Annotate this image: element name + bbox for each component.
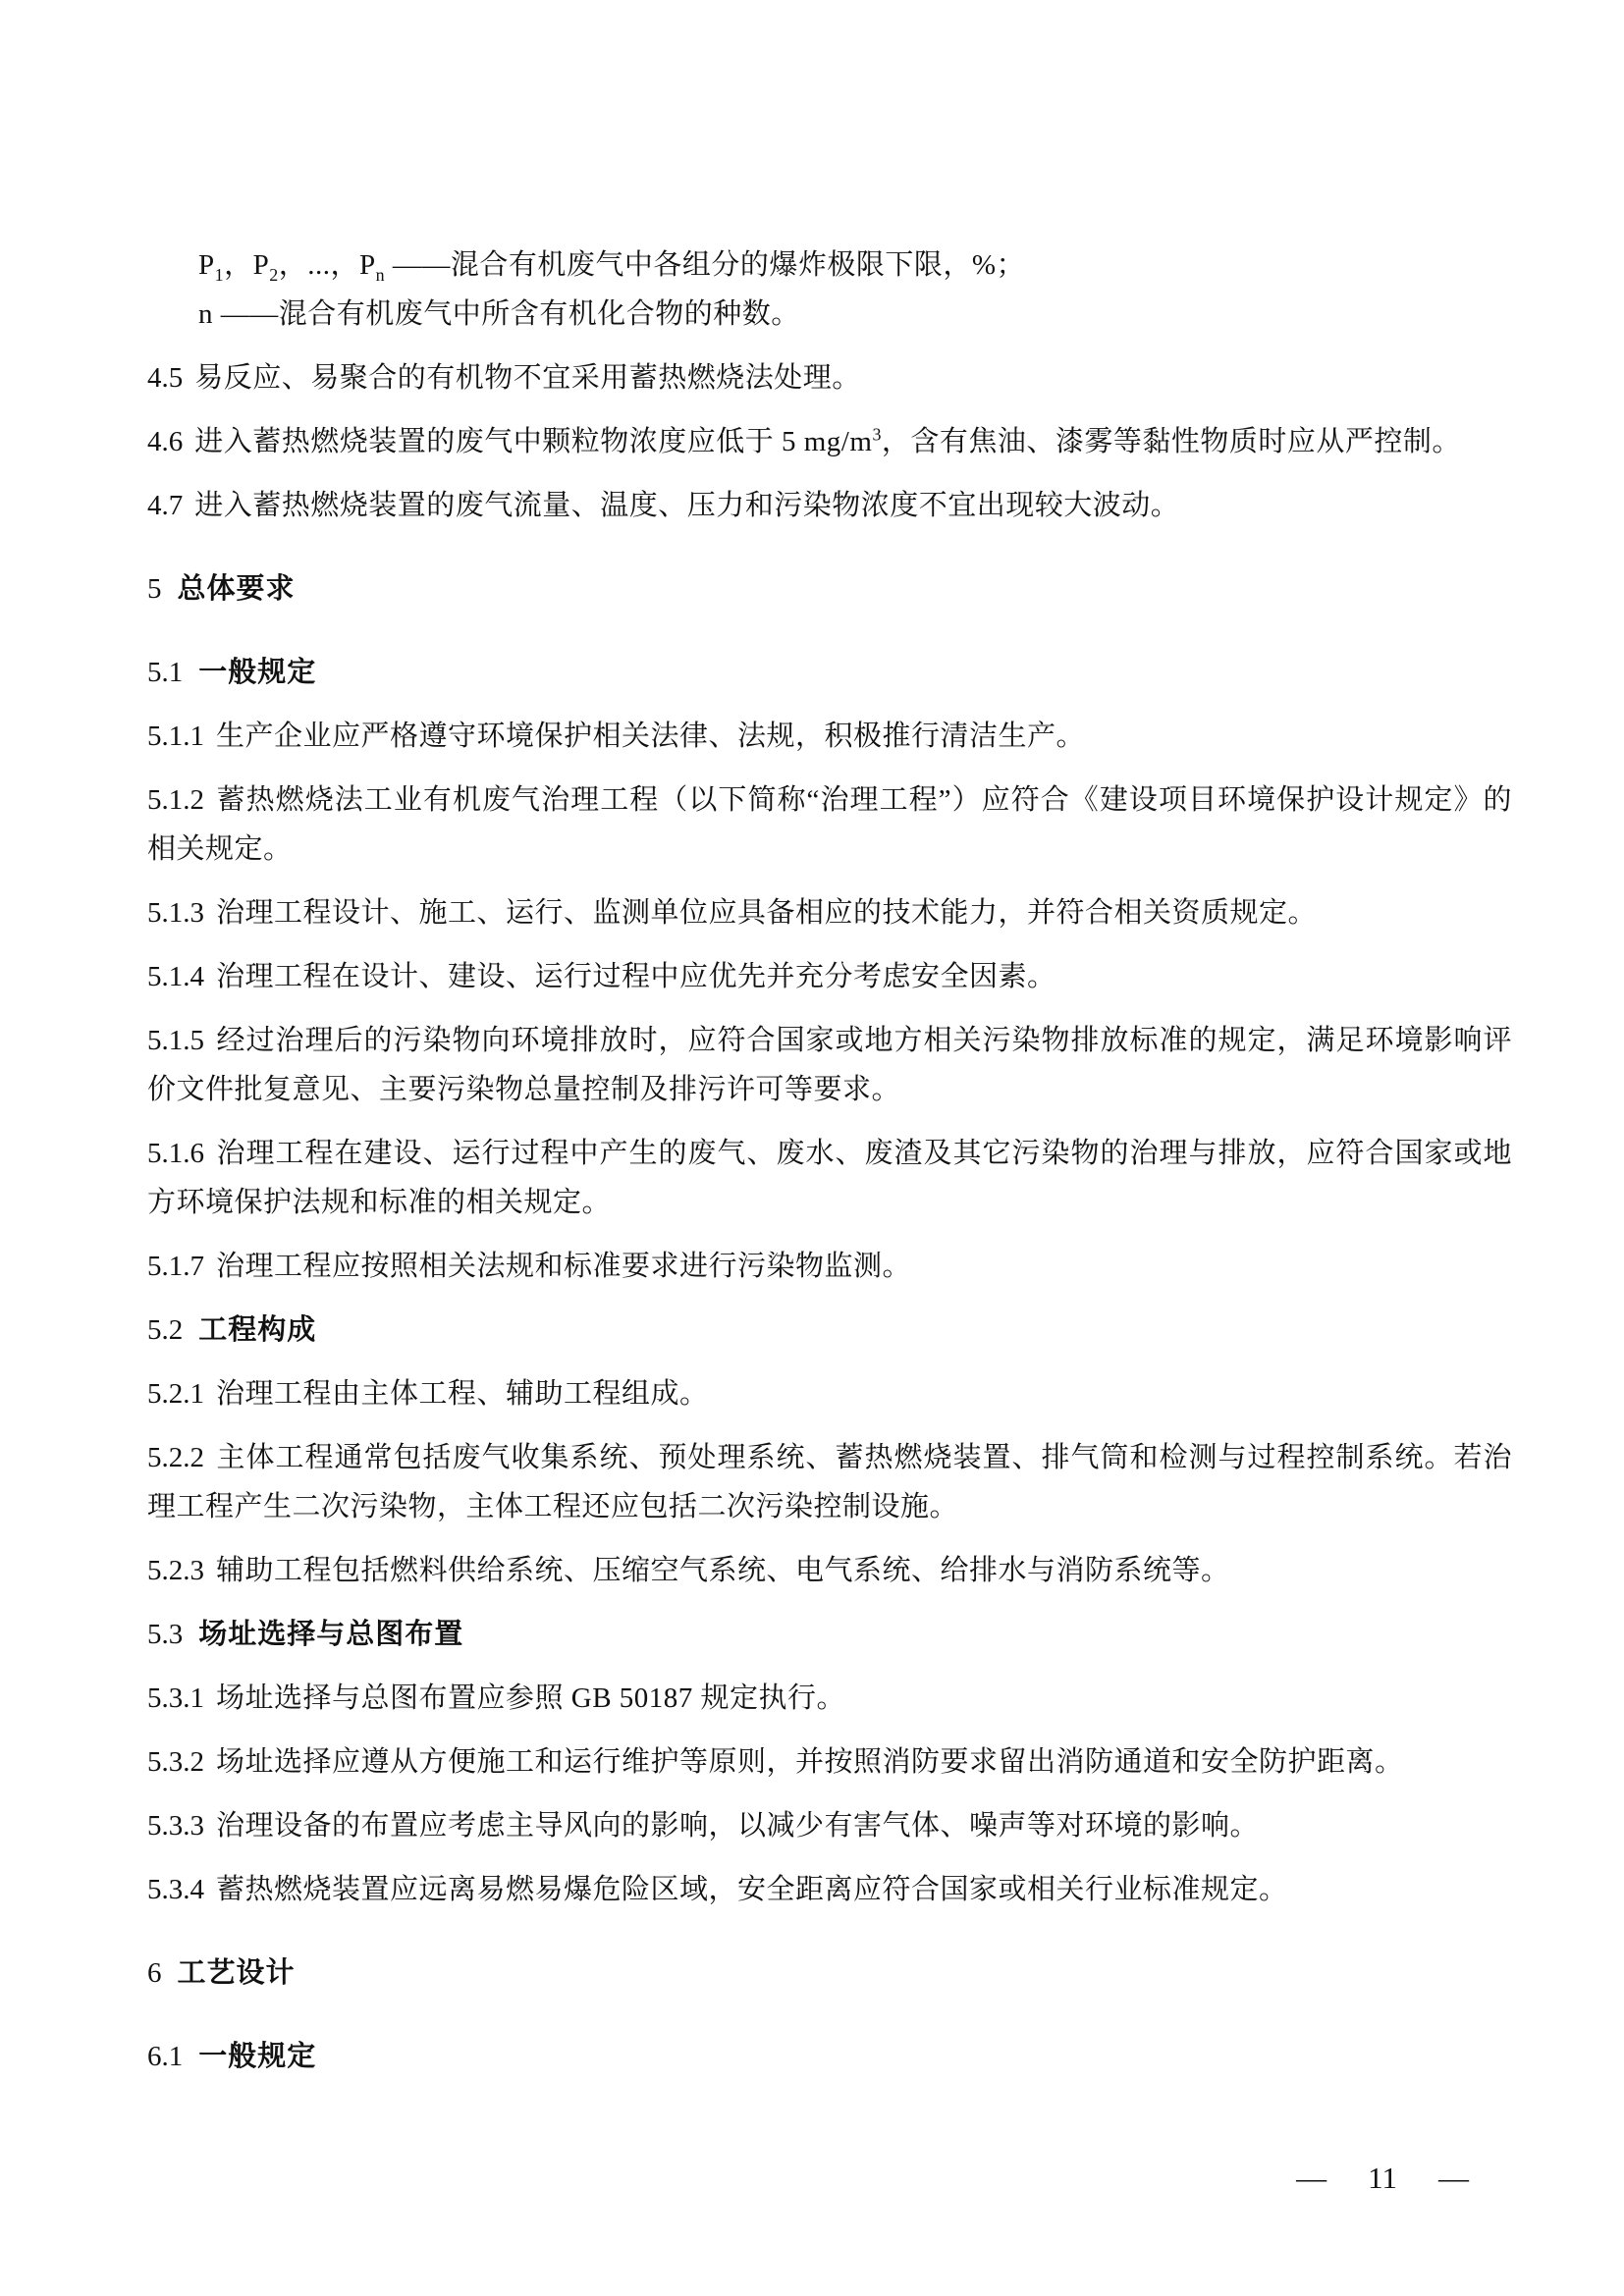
definition-symbol: ，P [224,249,269,281]
clause-number: 4.6 [147,426,183,457]
clause-text: 进入蓄热燃烧装置的废气中颗粒物浓度应低于 5 mg/m [194,426,872,457]
clause-text: 辅助工程包括燃料供给系统、压缩空气系统、电气系统、给排水与消防系统等。 [216,1555,1230,1586]
clause-number: 5.3.4 [147,1874,204,1905]
definition-symbol: P [198,249,215,281]
definition-n-symbol: n ——混合有机废气中所含有机化合物的种数。 [198,290,1512,339]
clause-text: 蓄热燃烧装置应远离易燃易爆危险区域，安全距离应符合国家或相关行业标准规定。 [216,1874,1288,1905]
clause-number: 5.1.5 [147,1025,204,1056]
clause-text: ，含有焦油、漆雾等黏性物质时应从严控制。 [882,426,1461,457]
clause-5-2-1: 5.2.1治理工程由主体工程、辅助工程组成。 [147,1369,1512,1418]
clause-5-1-4: 5.1.4治理工程在设计、建设、运行过程中应优先并充分考虑安全因素。 [147,952,1512,1001]
section-number: 6.1 [147,2041,183,2072]
clause-text: 经过治理后的污染物向环境排放时，应符合国家或地方相关污染物排放标准的规定，满足环… [147,1025,1512,1105]
clause-4-6: 4.6进入蓄热燃烧装置的废气中颗粒物浓度应低于 5 mg/m3，含有焦油、漆雾等… [147,417,1512,466]
clause-number: 5.1.6 [147,1138,204,1169]
clause-number: 5.1.2 [147,784,204,816]
section-number: 5 [147,573,162,605]
clause-text: 生产企业应严格遵守环境保护相关法律、法规，积极推行清洁生产。 [216,721,1085,752]
clause-text: 治理工程由主体工程、辅助工程组成。 [216,1378,709,1410]
section-title: 场址选择与总图布置 [198,1619,463,1650]
definition-text: n ——混合有机废气中所含有机化合物的种数。 [198,298,800,330]
section-5-2-heading: 5.2工程构成 [147,1306,1512,1355]
clause-number: 5.2.2 [147,1442,204,1473]
clause-5-3-3: 5.3.3治理设备的布置应考虑主导风向的影响，以减少有害气体、噪声等对环境的影响… [147,1801,1512,1850]
clause-text: 场址选择与总图布置应参照 GB 50187 规定执行。 [216,1682,845,1714]
section-6-1-heading: 6.1一般规定 [147,2032,1512,2081]
clause-number: 5.1.1 [147,721,204,752]
section-title: 一般规定 [198,2041,316,2072]
clause-number: 5.1.7 [147,1251,204,1282]
clause-text: 易反应、易聚合的有机物不宜采用蓄热燃烧法处理。 [194,362,861,394]
clause-text: 治理工程在设计、建设、运行过程中应优先并充分考虑安全因素。 [216,961,1056,992]
clause-number: 4.7 [147,490,183,521]
clause-number: 5.1.3 [147,897,204,929]
section-6-heading: 6工艺设计 [147,1949,1512,1998]
clause-5-3-4: 5.3.4蓄热燃烧装置应远离易燃易爆危险区域，安全距离应符合国家或相关行业标准规… [147,1865,1512,1914]
section-number: 5.2 [147,1314,183,1346]
clause-4-5: 4.5易反应、易聚合的有机物不宜采用蓄热燃烧法处理。 [147,353,1512,402]
section-number: 5.3 [147,1619,183,1650]
document-page: P1，P2，...，Pn ——混合有机废气中各组分的爆炸极限下限，%； n ——… [0,0,1624,2296]
page-footer: —11— [1296,2159,1469,2198]
clause-text: 治理工程设计、施工、运行、监测单位应具备相应的技术能力，并符合相关资质规定。 [216,897,1317,929]
clause-5-1-7: 5.1.7治理工程应按照相关法规和标准要求进行污染物监测。 [147,1242,1512,1291]
section-number: 6 [147,1957,162,1989]
clause-text: 治理工程在建设、运行过程中产生的废气、废水、废渣及其它污染物的治理与排放，应符合… [147,1138,1512,1218]
clause-5-1-1: 5.1.1生产企业应严格遵守环境保护相关法律、法规，积极推行清洁生产。 [147,712,1512,761]
clause-number: 5.3.3 [147,1810,204,1842]
page-number: 11 [1368,2159,1397,2198]
clause-5-1-2: 5.1.2蓄热燃烧法工业有机废气治理工程（以下简称“治理工程”）应符合《建设项目… [147,775,1512,874]
subscript-1: 1 [215,265,224,285]
subscript-2: 2 [269,265,278,285]
section-title: 一般规定 [198,657,316,688]
clause-5-2-3: 5.2.3辅助工程包括燃料供给系统、压缩空气系统、电气系统、给排水与消防系统等。 [147,1546,1512,1595]
clause-text: 治理工程应按照相关法规和标准要求进行污染物监测。 [216,1251,911,1282]
definition-p-symbols: P1，P2，...，Pn ——混合有机废气中各组分的爆炸极限下限，%； [198,240,1512,290]
clause-5-2-2: 5.2.2主体工程通常包括废气收集系统、预处理系统、蓄热燃烧装置、排气筒和检测与… [147,1433,1512,1531]
section-5-heading: 5总体要求 [147,564,1512,614]
clause-5-1-5: 5.1.5经过治理后的污染物向环境排放时，应符合国家或地方相关污染物排放标准的规… [147,1016,1512,1114]
clause-5-1-6: 5.1.6治理工程在建设、运行过程中产生的废气、废水、废渣及其它污染物的治理与排… [147,1129,1512,1227]
definition-text: ——混合有机废气中各组分的爆炸极限下限，%； [385,249,1025,281]
clause-5-3-1: 5.3.1场址选择与总图布置应参照 GB 50187 规定执行。 [147,1674,1512,1723]
section-5-1-heading: 5.1一般规定 [147,648,1512,697]
clause-text: 场址选择应遵从方便施工和运行维护等原则，并按照消防要求留出消防通道和安全防护距离… [216,1746,1404,1778]
clause-number: 5.3.2 [147,1746,204,1778]
clause-number: 4.5 [147,362,183,394]
clause-number: 5.3.1 [147,1682,204,1714]
footer-dash-right: — [1438,2161,1469,2195]
clause-text: 主体工程通常包括废气收集系统、预处理系统、蓄热燃烧装置、排气筒和检测与过程控制系… [147,1442,1512,1522]
subscript-n: n [376,265,385,285]
definition-symbol: ，...，P [279,249,376,281]
clause-number: 5.2.1 [147,1378,204,1410]
superscript-3: 3 [872,424,881,444]
section-title: 工艺设计 [178,1957,296,1989]
section-title: 总体要求 [178,573,296,605]
clause-text: 蓄热燃烧法工业有机废气治理工程（以下简称“治理工程”）应符合《建设项目环境保护设… [147,784,1512,865]
section-title: 工程构成 [198,1314,316,1346]
clause-5-1-3: 5.1.3治理工程设计、施工、运行、监测单位应具备相应的技术能力，并符合相关资质… [147,888,1512,937]
clause-5-3-2: 5.3.2场址选择应遵从方便施工和运行维护等原则，并按照消防要求留出消防通道和安… [147,1737,1512,1787]
clause-number: 5.1.4 [147,961,204,992]
document-content: P1，P2，...，Pn ——混合有机废气中各组分的爆炸极限下限，%； n ——… [147,240,1512,2081]
clause-text: 治理设备的布置应考虑主导风向的影响，以减少有害气体、噪声等对环境的影响。 [216,1810,1259,1842]
clause-number: 5.2.3 [147,1555,204,1586]
footer-dash-left: — [1296,2161,1326,2195]
section-number: 5.1 [147,657,183,688]
clause-4-7: 4.7进入蓄热燃烧装置的废气流量、温度、压力和污染物浓度不宜出现较大波动。 [147,481,1512,530]
section-5-3-heading: 5.3场址选择与总图布置 [147,1610,1512,1659]
clause-text: 进入蓄热燃烧装置的废气流量、温度、压力和污染物浓度不宜出现较大波动。 [194,490,1179,521]
